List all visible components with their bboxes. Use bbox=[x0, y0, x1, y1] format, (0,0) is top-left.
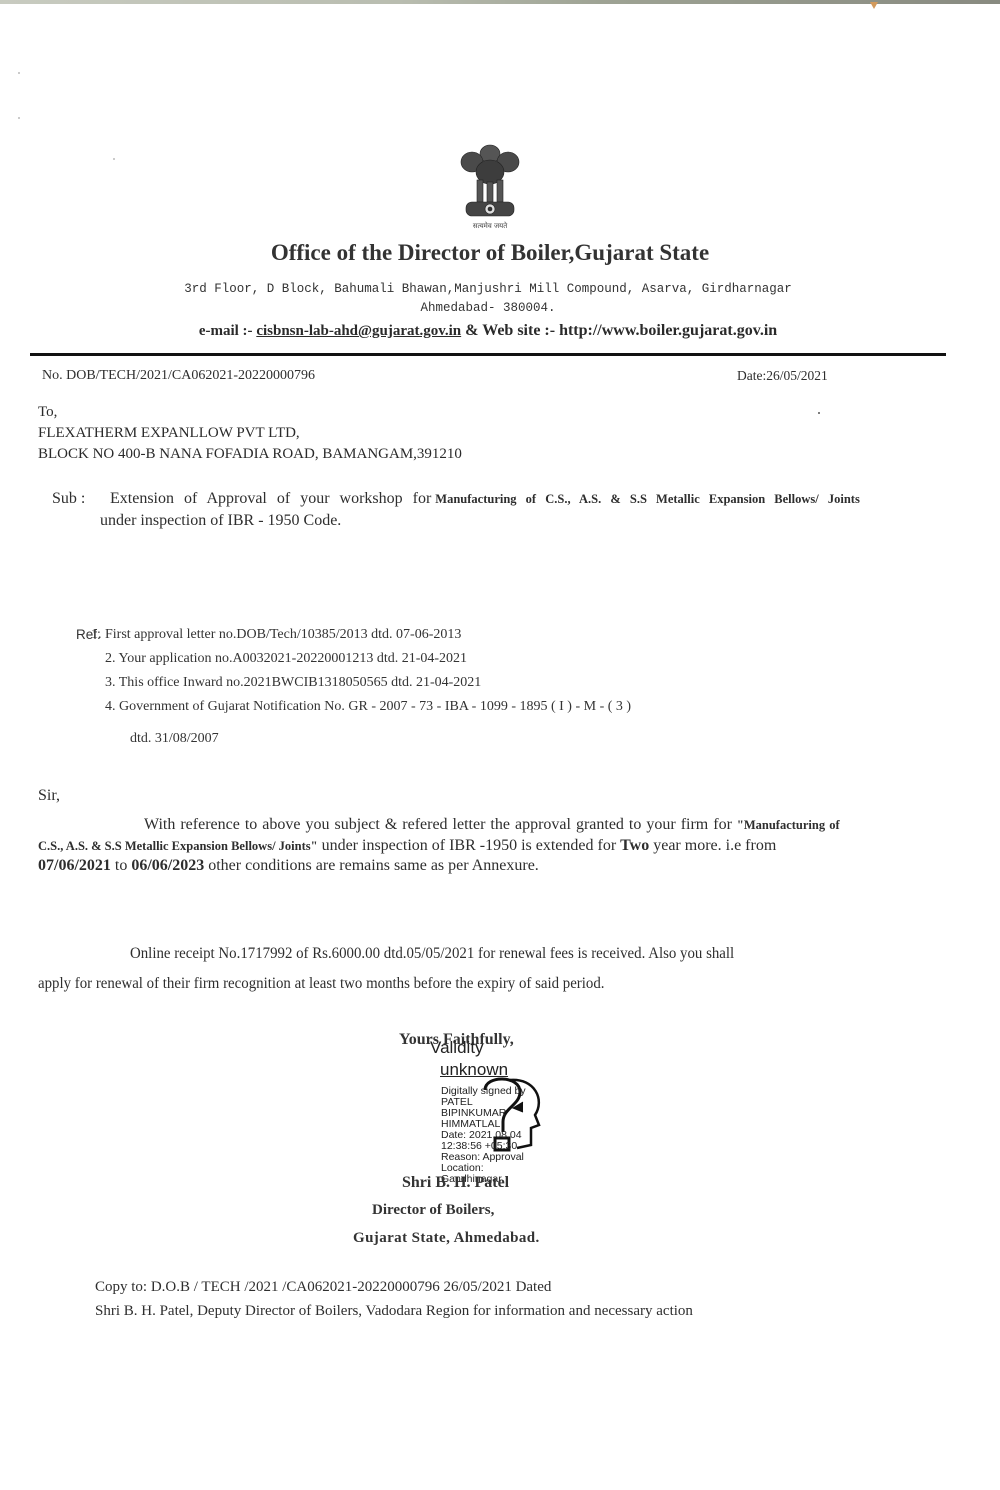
copy-to-line1: Copy to: D.O.B / TECH /2021 /CA062021-20… bbox=[95, 1279, 551, 1296]
digital-signature-details: Digitally signed by PATEL BIPINKUMAR HIM… bbox=[441, 1086, 526, 1185]
subject-line: Sub :Extension of Approval of your works… bbox=[52, 490, 860, 508]
addressee-address: BLOCK NO 400-B NANA FOFADIA ROAD, BAMANG… bbox=[38, 446, 462, 463]
salutation: Sir, bbox=[38, 787, 60, 805]
reference-item: 2. Your application no.A0032021-20220001… bbox=[105, 651, 467, 667]
reference-item-date: dtd. 31/08/2007 bbox=[130, 731, 219, 747]
scan-speck bbox=[18, 72, 20, 74]
office-title: Office of the Director of Boiler,Gujarat… bbox=[0, 240, 980, 266]
body-product: C.S., A.S. & S.S Metallic Expansion Bell… bbox=[38, 839, 318, 853]
body-text: With reference to above you subject & re… bbox=[144, 816, 737, 833]
addressee-name: FLEXATHERM EXPANLLOW PVT LTD, bbox=[38, 425, 300, 442]
body-paragraph2-line1: Online receipt No.1717992 of Rs.6000.00 … bbox=[130, 945, 734, 963]
state-emblem-icon: सत्यमेव जयते bbox=[450, 140, 530, 232]
body-text: other conditions are remains same as per… bbox=[204, 857, 539, 874]
letter-date: Date:26/05/2021 bbox=[737, 368, 828, 384]
body-product: "Manufacturing of bbox=[737, 818, 840, 832]
reference-item: 1. First approval letter no.DOB/Tech/103… bbox=[91, 627, 461, 643]
body-text: year more. i.e from bbox=[649, 837, 776, 854]
office-address-line1: 3rd Floor, D Block, Bahumali Bhawan,Manj… bbox=[0, 282, 976, 296]
signer-name: Shri B. H. Patel bbox=[402, 1174, 509, 1192]
website-link[interactable]: http://www.boiler.gujarat.gov.in bbox=[559, 322, 777, 339]
email-label: e-mail :- bbox=[199, 323, 256, 339]
body-paragraph2-line2: apply for renewal of their firm recognit… bbox=[38, 975, 605, 993]
subject-text: Extension of Approval of your workshop f… bbox=[110, 490, 431, 507]
scan-edge bbox=[0, 0, 1000, 4]
scan-artifact bbox=[870, 2, 878, 9]
subject-label: Sub : bbox=[52, 490, 110, 508]
to-label: To, bbox=[38, 404, 57, 421]
signer-designation: Director of Boilers, bbox=[372, 1202, 494, 1219]
validity-to-date: 06/06/2023 bbox=[131, 857, 204, 874]
reference-item: 4. Government of Gujarat Notification No… bbox=[105, 699, 631, 715]
office-contact: e-mail :- cisbnsn-lab-ahd@gujarat.gov.in… bbox=[0, 322, 976, 340]
reference-item: 3. This office Inward no.2021BWCIB131805… bbox=[105, 675, 481, 691]
signer-office: Gujarat State, Ahmedabad. bbox=[353, 1230, 540, 1247]
subject-product: Manufacturing of C.S., A.S. & S.S Metall… bbox=[435, 492, 860, 506]
copy-to-line2: Shri B. H. Patel, Deputy Director of Boi… bbox=[95, 1303, 693, 1320]
header-divider bbox=[30, 353, 946, 356]
body-paragraph1-line3: 07/06/2021 to 06/06/2023 other condition… bbox=[38, 857, 539, 875]
letter-reference-number: No. DOB/TECH/2021/CA062021-20220000796 bbox=[42, 368, 315, 384]
scan-speck bbox=[18, 117, 20, 119]
validity-from-date: 07/06/2021 bbox=[38, 857, 111, 874]
website-label: & Web site :- bbox=[461, 322, 559, 339]
body-paragraph1-line2: C.S., A.S. & S.S Metallic Expansion Bell… bbox=[38, 837, 776, 855]
scan-speck bbox=[818, 412, 820, 414]
email-link[interactable]: cisbnsn-lab-ahd@gujarat.gov.in bbox=[256, 323, 461, 339]
body-paragraph1-line1: With reference to above you subject & re… bbox=[144, 816, 840, 834]
office-address-line2: Ahmedabad- 380004. bbox=[0, 301, 976, 315]
subject-line2: under inspection of IBR - 1950 Code. bbox=[100, 512, 341, 530]
scan-speck bbox=[113, 158, 115, 160]
svg-text:सत्यमेव जयते: सत्यमेव जयते bbox=[473, 221, 508, 230]
signature-validity-status: Validity bbox=[430, 1038, 484, 1058]
extension-duration: Two bbox=[620, 837, 649, 854]
body-text: under inspection of IBR -1950 is extende… bbox=[318, 837, 621, 854]
body-text: to bbox=[111, 857, 131, 874]
